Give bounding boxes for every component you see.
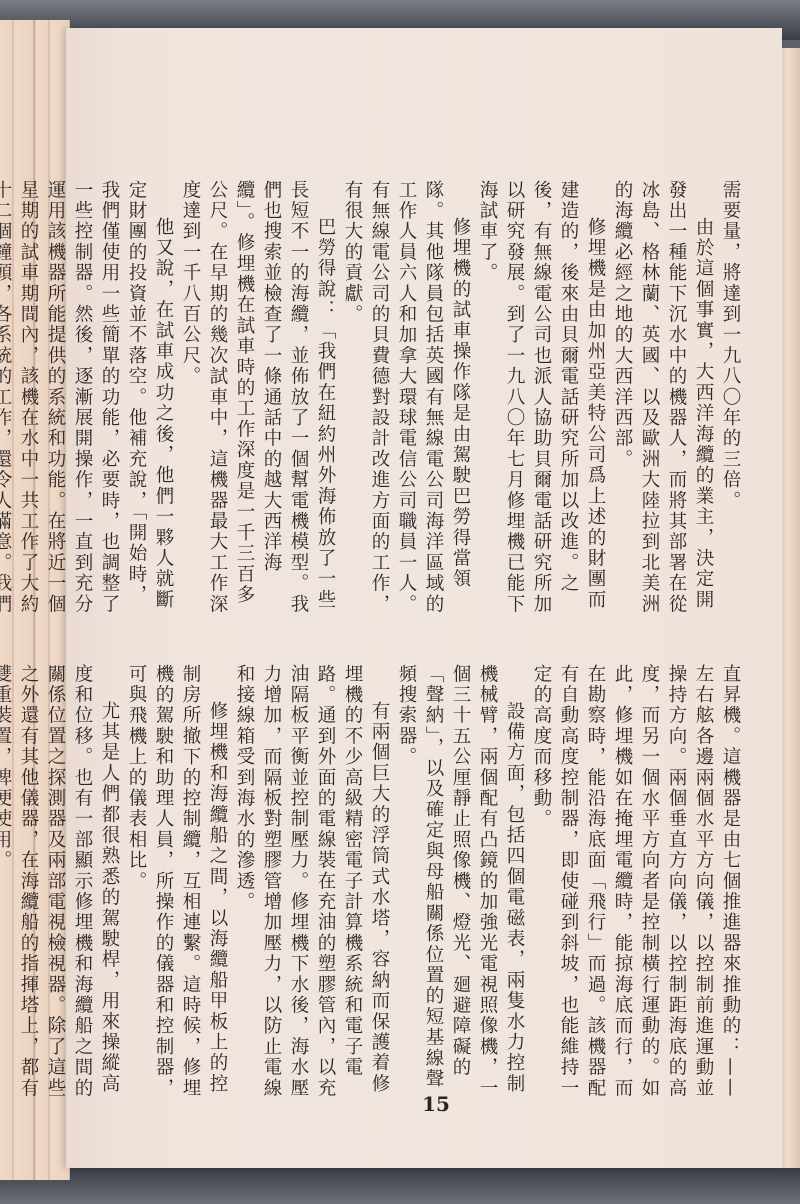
paragraph: 修埋機的試車操作隊是由駕駛巴勞得當領隊。其他隊員包括英國有無線電公司海洋區域的工… [339, 180, 474, 625]
paragraph: 修埋機是由加州亞美特公司爲上述的財團而建造的，後來由貝爾電話研究所加以改進。之後… [474, 180, 609, 625]
paragraph: 直昇機。這機器是由七個推進器來推動的：——左右舷各邊兩個水平方向儀，以控制前進運… [528, 664, 744, 1109]
lower-text-section: 直昇機。這機器是由七個推進器來推動的：——左右舷各邊兩個水平方向儀，以控制前進運… [104, 664, 744, 1109]
upper-text-section: 需要量，將達到一九八〇年的三倍。 由於這個事實，大西洋海纜的業主，決定開發出一種… [104, 180, 744, 625]
paragraph: 有兩個巨大的浮筒式水塔，容納而保護着修埋機的不少高級精密電子計算機系統和電子電路… [231, 664, 393, 1109]
paragraph: 巴勞得說：「我們在紐約州外海佈放了一些長短不一的海纜，並佈放了一個幫電機模型。我… [177, 180, 339, 625]
paragraph: 他又說，在試車成功之後，他們一夥人就斷定財團的投資並不落空。他補充說，「開始時，… [0, 180, 177, 625]
paragraph: 由於這個事實，大西洋海纜的業主，決定開發出一種能下沉水中的機器人，而將其部署在從… [609, 180, 717, 625]
paragraph: 設備方面，包括四個電磁表，兩隻水力控制機械臂，兩個配有凸鏡的加強光電視照像機，一… [393, 664, 528, 1109]
paragraph: 尤其是人們都很熟悉的駕駛桿，用來操縱高度和位移。也有一部顯示修埋機和海纜船之間的… [0, 664, 123, 1109]
paragraph: 修埋機和海纜船之間，以海纜船甲板上的控制房所撤下的控制纜，互相連繫。這時候，修埋… [123, 664, 231, 1109]
page-number: 15 [406, 1092, 466, 1116]
book-page: 需要量，將達到一九八〇年的三倍。 由於這個事實，大西洋海纜的業主，決定開發出一種… [66, 28, 782, 1168]
paragraph: 需要量，將達到一九八〇年的三倍。 [717, 180, 744, 625]
